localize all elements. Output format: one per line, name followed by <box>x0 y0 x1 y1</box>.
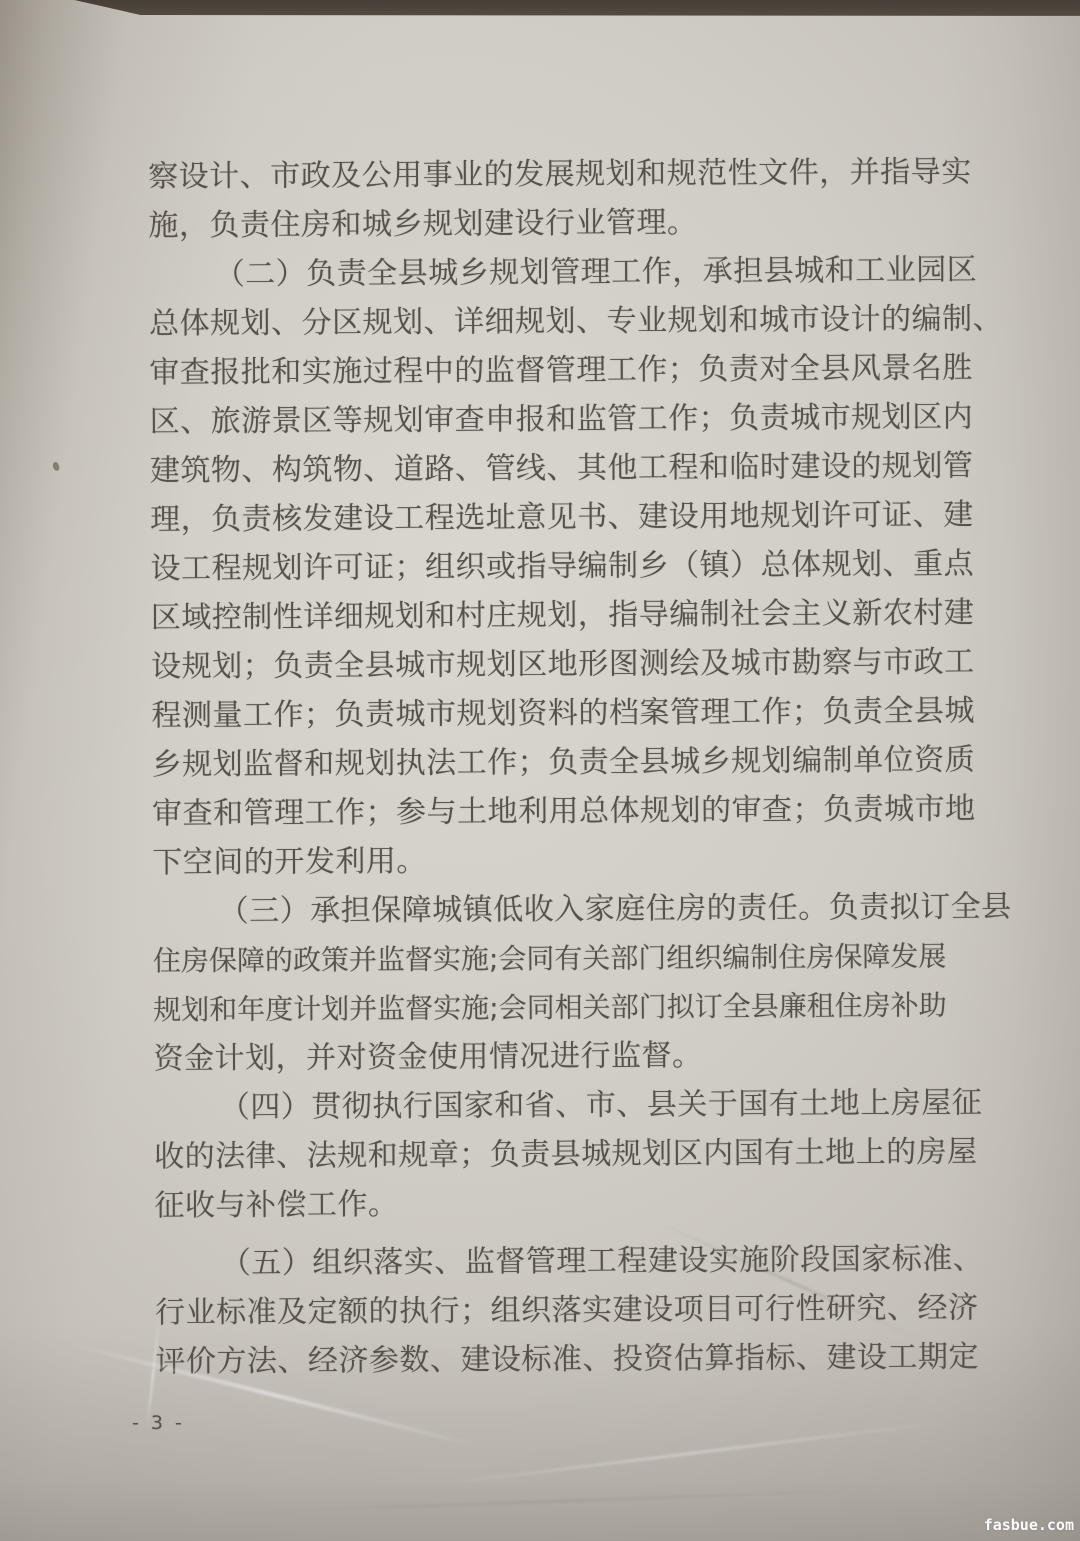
text-line: 设工程规划许可证；组织或指导编制乡（镇）总体规划、重点 <box>150 539 980 593</box>
document-photo: 察设计、市政及公用事业的发展规划和规范性文件，并指导实 施，负责住房和城乡规划建… <box>0 0 1080 1541</box>
text-line: 下空间的开发利用。 <box>152 833 982 887</box>
text-line: 建筑物、构筑物、道路、管线、其他工程和临时建设的规划管 <box>150 441 980 495</box>
text-line: 规划和年度计划并监督实施;会同相关部门拟订全县廉租住房补助 <box>153 980 983 1034</box>
text-line: 审查和管理工作；参与土地利用总体规划的审查；负责城市地 <box>152 784 982 838</box>
text-line: 施，负责住房和城乡规划建设行业管理。 <box>148 196 978 250</box>
text-line: 设规划；负责全县城市规划区地形图测绘及城市勘察与市政工 <box>151 637 981 691</box>
text-line: （五）组织落实、监督管理工程建设实施阶段国家标准、 <box>155 1234 985 1288</box>
text-line: 征收与补偿工作。 <box>154 1176 984 1230</box>
text-line: 资金计划，并对资金使用情况进行监督。 <box>153 1029 983 1083</box>
text-line: （四）贯彻执行国家和省、市、县关于国有土地上房屋征 <box>154 1078 984 1132</box>
paper-crease <box>200 1488 900 1515</box>
text-line: 区、旅游景区等规划审查申报和监管工作；负责城市规划区内 <box>150 392 980 446</box>
watermark: fasbue.com <box>984 1516 1074 1534</box>
ink-speck <box>51 461 60 472</box>
text-line: 住房保障的政策并监督实施;会同有关部门组织编制住房保障发展 <box>153 931 983 985</box>
document-body-text: 察设计、市政及公用事业的发展规划和规范性文件，并指导实 施，负责住房和城乡规划建… <box>148 147 986 1386</box>
text-line: 理，负责核发建设工程选址意见书、建设用地规划许可证、建 <box>150 490 980 544</box>
table-edge-shadow <box>0 0 1080 30</box>
text-line: 程测量工作；负责城市规划资料的档案管理工作；负责全县城 <box>151 686 981 740</box>
text-line: 乡规划监督和规划执法工作；负责全县城乡规划编制单位资质 <box>152 735 982 789</box>
text-line: 察设计、市政及公用事业的发展规划和规范性文件，并指导实 <box>148 147 978 201</box>
text-line: （三）承担保障城镇低收入家庭住房的责任。负责拟订全县 <box>152 882 982 936</box>
text-line: 评价方法、经济参数、建设标准、投资估算指标、建设工期定 <box>155 1332 985 1386</box>
text-line: 审查报批和实施过程中的监督管理工作；负责对全县风景名胜 <box>149 343 979 397</box>
text-line: （二）负责全县城乡规划管理工作，承担县城和工业园区 <box>149 245 979 299</box>
text-line: 区域控制性详细规划和村庄规划，指导编制社会主义新农村建 <box>151 588 981 642</box>
text-line: 收的法律、法规和规章；负责县城规划区内国有土地上的房屋 <box>154 1127 984 1181</box>
paper-crease <box>432 1420 948 1486</box>
page-number: - 3 - <box>132 1412 185 1434</box>
text-line: 行业标准及定额的执行；组织落实建设项目可行性研究、经济 <box>155 1283 985 1337</box>
text-line: 总体规划、分区规划、详细规划、专业规划和城市设计的编制、 <box>149 294 979 348</box>
